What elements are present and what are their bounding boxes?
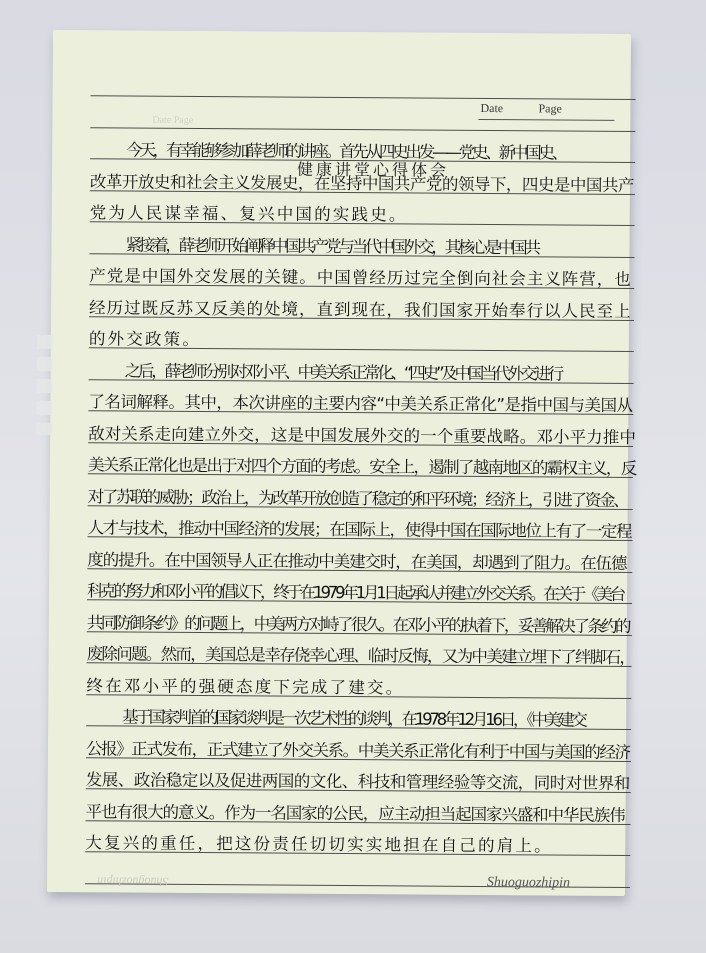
text-line: 发展、政治稳定以及促进两国的文化、科技和管理经验等交流，同时对世界和 bbox=[86, 766, 631, 794]
ghost-date-page-imprint: Date Page bbox=[152, 115, 193, 126]
ghost-brand-watermark: Shuoguozhipin bbox=[97, 873, 168, 888]
text-line: 度的提升。在中国领导人正在推动中美建交时，在美国，却遇到了阻力。在伍德 bbox=[87, 546, 632, 574]
text-line: 平也有很大的意义。作为一名国家的公民，应主动担当起国家兴盛和中华民族伟 bbox=[85, 798, 630, 826]
brand-watermark: Shuoguozhipin bbox=[487, 875, 570, 892]
text-line: 产党是中国外交发展的关键。中国曾经历过完全倒向社会主义阵营，也 bbox=[89, 262, 634, 290]
text-line: 经历过既反苏又反美的处境，直到现在，我们国家开始奉行以人民至上 bbox=[89, 294, 634, 322]
date-label: Date bbox=[480, 101, 503, 116]
text-line: 党为人民谋幸福、复兴中国的实践史。 bbox=[90, 199, 635, 227]
text-line: 共同防御条约》的问题上，中美两方对峙了很久。在邓小平的执着下，妥善解决了条约的 bbox=[87, 609, 632, 637]
text-line: 大复兴的重任，把这份责任切切实实地担在自己的肩上。 bbox=[85, 829, 630, 857]
text-line: 紧接着，薛老师开始阐释中国共产党与当代中国外交，其核心是中国共 bbox=[89, 231, 670, 259]
text-line: 了名词解释。其中，本次讲座的主要内容“中美关系正常化”是指中国与美国从 bbox=[88, 388, 633, 416]
text-line: 人才与技术，推动中国经济的发展；在国际上，使得中国在国际地位上有了一定程 bbox=[87, 514, 632, 542]
notebook-page: Date Page Date Page 健康讲堂心得体会 今天，有幸能够参加薛老… bbox=[47, 30, 631, 896]
text-line: 科克的努力和邓小平的倡议下，终于在1979年1月1日起承认并建立外交关系。在关于… bbox=[87, 577, 632, 605]
ruled-line bbox=[90, 127, 635, 132]
ruled-line bbox=[91, 95, 636, 100]
text-line: 公报》正式发布，正式建立了外交关系。中美关系正常化有利于中国与美国的经济 bbox=[86, 735, 631, 763]
text-line: 终在邓小平的强硬态度下完成了建交。 bbox=[86, 672, 631, 700]
text-line: 的外交政策。 bbox=[89, 325, 634, 353]
text-line: 对了苏联的威胁；政治上，为改革开放创造了稳定的和平环境；经济上，引进了资金、 bbox=[88, 483, 633, 511]
text-line: 敌对关系走向建立外交，这是中国发展外交的一个重要战略。邓小平力推中 bbox=[88, 420, 633, 448]
text-line: 改革开放史和社会主义发展史，在坚持中国共产党的领导下，四史是中国共产 bbox=[90, 168, 635, 196]
text-line: 今天，有幸能够参加薛老师的讲座。首先从四史出发——党史、新中国史、 bbox=[90, 136, 671, 164]
date-underline bbox=[478, 119, 614, 121]
text-line: 基于国家判首的国家谈判是一次艺术性的谈判，在1978年12月16日，《中美建交 bbox=[86, 703, 667, 731]
text-line: 之后，薛老师分别对邓小平、中美关系正常化、“四史”及中国当代外交进行 bbox=[89, 357, 670, 385]
date-page-header: Date Page bbox=[481, 101, 611, 102]
text-line: 废除问题。然而，美国总是幸存侥幸心理、临时反悔，又为中美建立埋下了绊脚石， bbox=[87, 640, 632, 668]
page-label: Page bbox=[538, 101, 561, 116]
text-line: 美关系正常化也是出于对四个方面的考虑。安全上，遏制了越南地区的霸权主义，反 bbox=[88, 451, 633, 479]
